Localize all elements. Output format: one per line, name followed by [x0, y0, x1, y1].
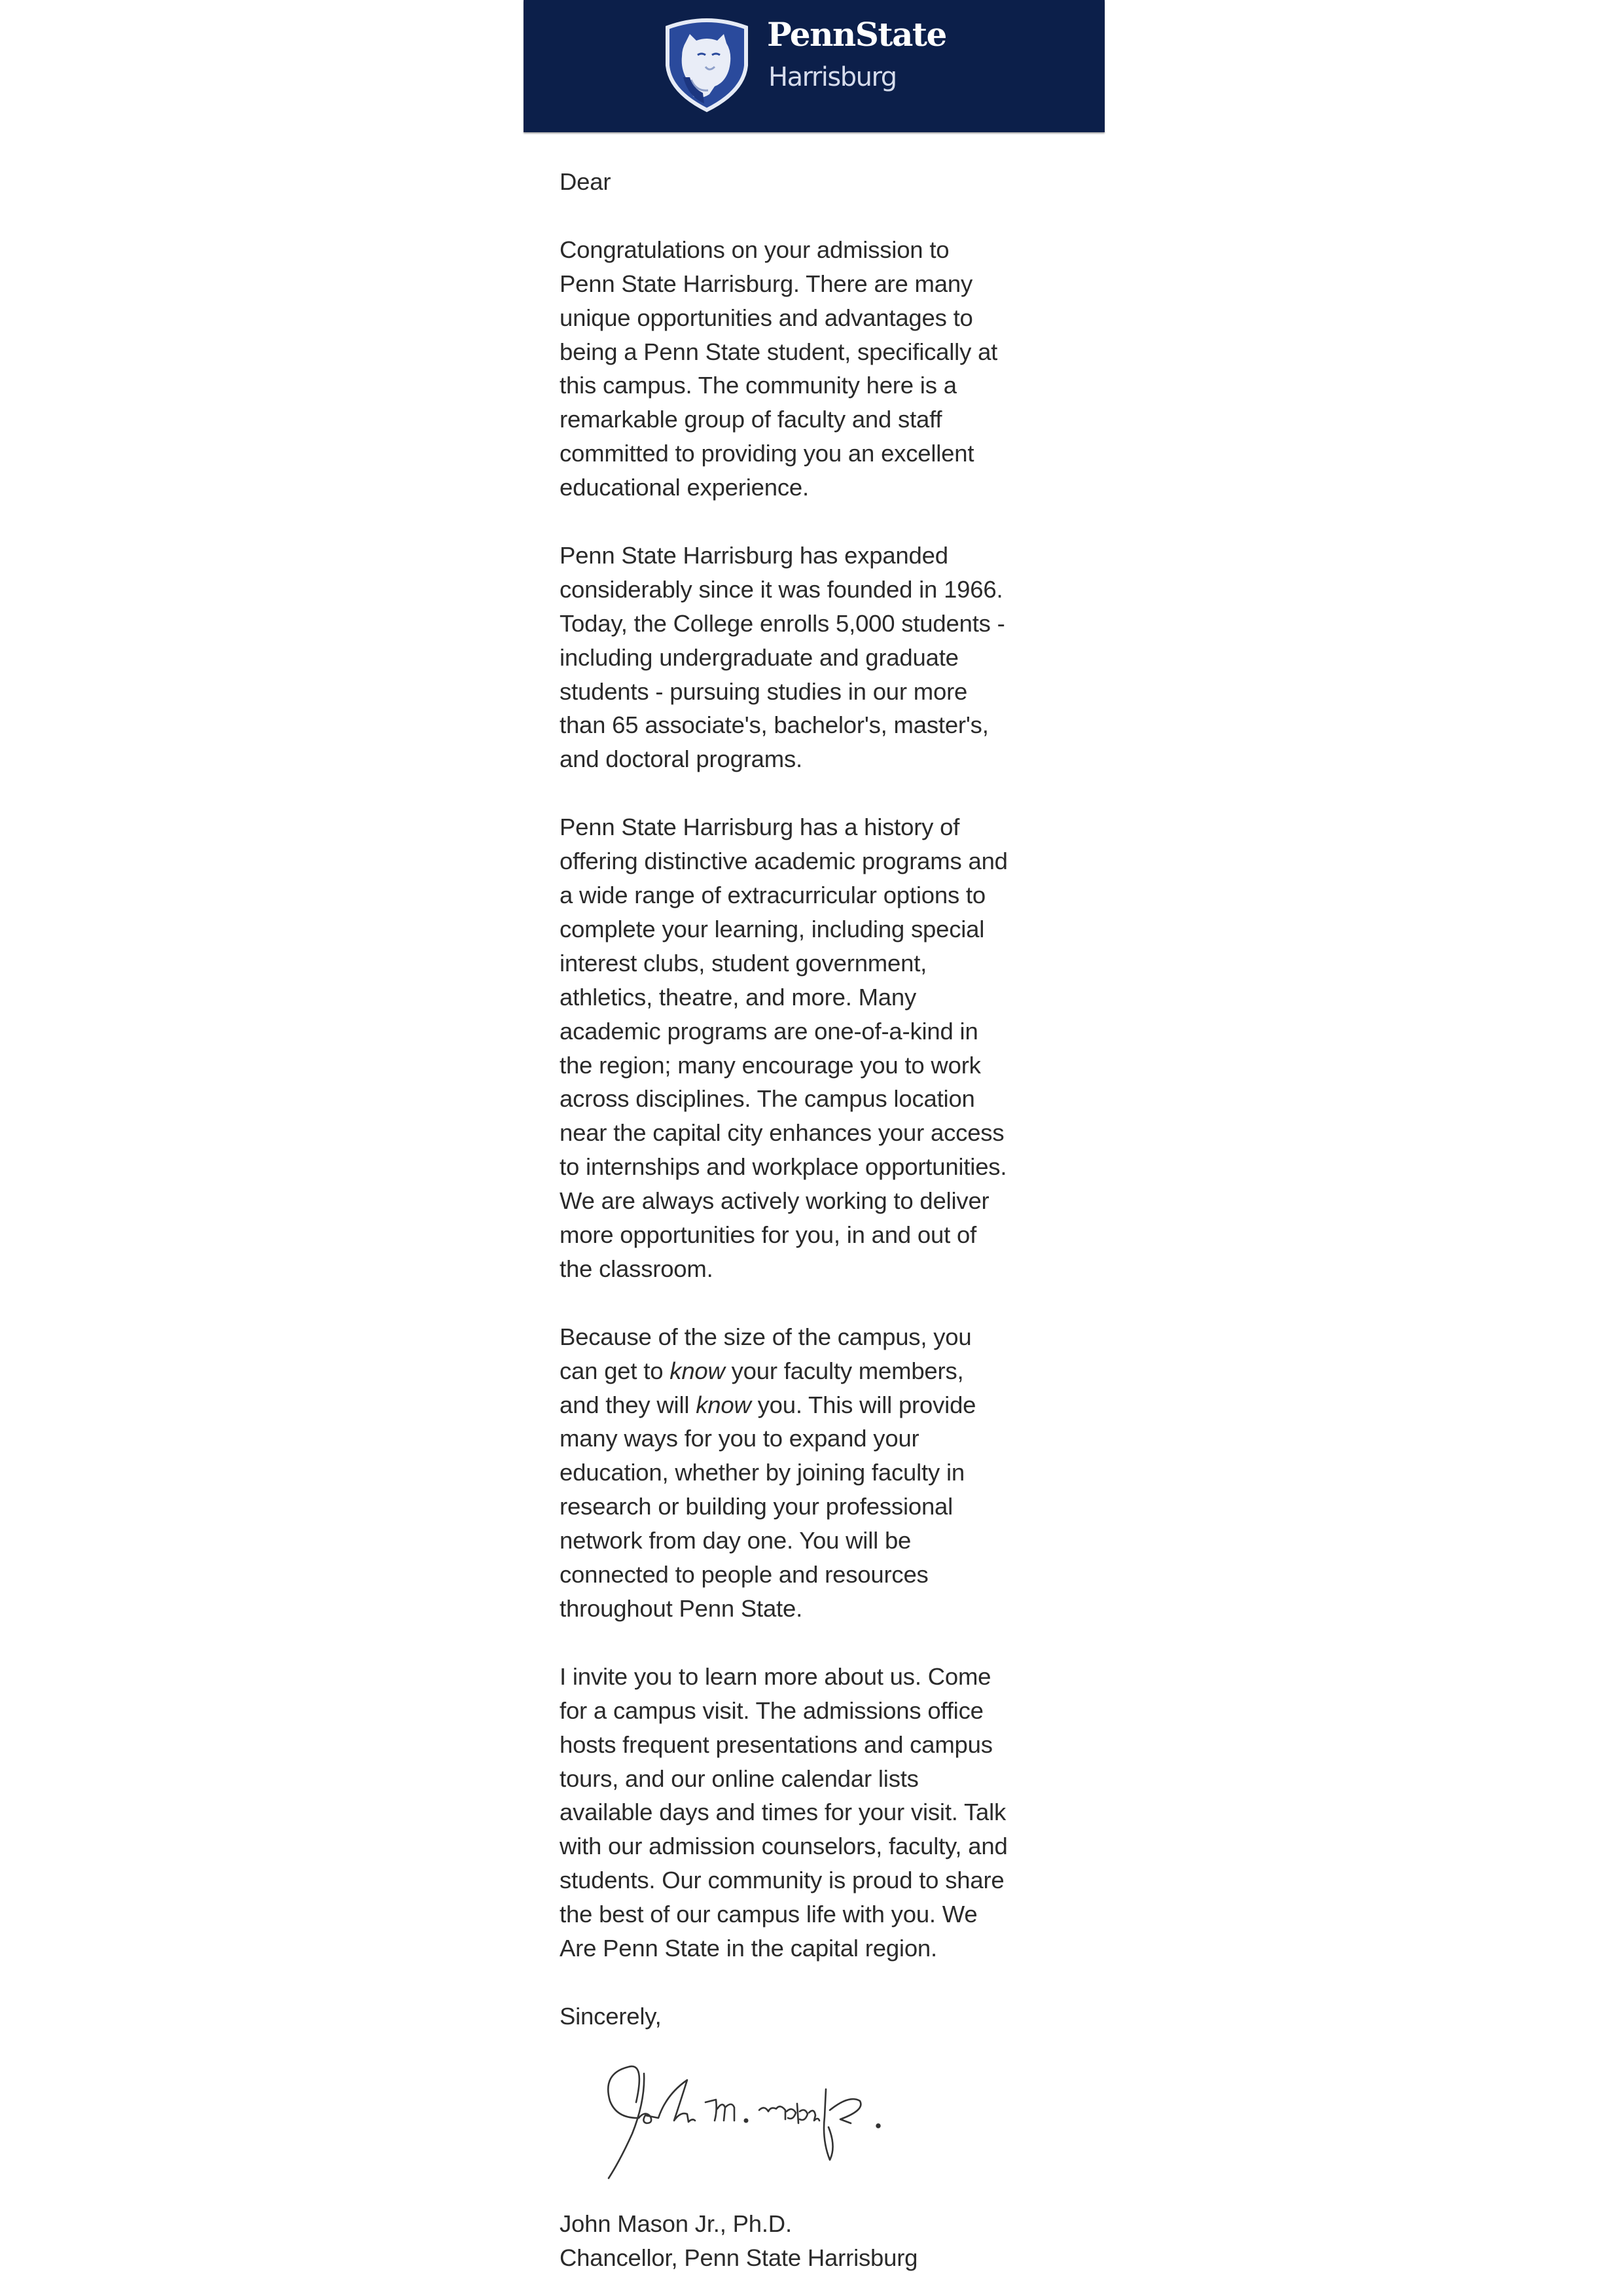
handwritten-signature-icon: [582, 2055, 897, 2186]
brand-wordmark: PennState: [767, 18, 946, 51]
signer-name: John Mason Jr., Ph.D.: [560, 2207, 918, 2241]
campus-name: Harrisburg: [768, 64, 897, 90]
header-banner: PennState Harrisburg: [524, 0, 1105, 132]
text-line: being a Penn State student, specifically…: [560, 335, 1083, 369]
text-line: and they will know you. This will provid…: [560, 1388, 1083, 1422]
text-line: education, whether by joining faculty in: [560, 1456, 1083, 1490]
text-line: hosts frequent presentations and campus: [560, 1728, 1083, 1762]
paragraph-invitation: I invite you to learn more about us. Com…: [560, 1660, 1083, 1965]
text-line: can get to know your faculty members,: [560, 1354, 1083, 1388]
text-line: to internships and workplace opportuniti…: [560, 1150, 1083, 1184]
text-line: Today, the College enrolls 5,000 student…: [560, 607, 1083, 641]
nittany-lion-shield-icon: [662, 14, 751, 113]
emphasis-know: know: [669, 1357, 724, 1384]
text-line: the region; many encourage you to work: [560, 1049, 1083, 1083]
text-line: research or building your professional: [560, 1490, 1083, 1524]
text-line: students - pursuing studies in our more: [560, 675, 1083, 709]
paragraph-programs: Penn State Harrisburg has a history of o…: [560, 810, 1083, 1286]
letter-body: Dear Congratulations on your admission t…: [560, 165, 1083, 2068]
text-line: unique opportunities and advantages to: [560, 301, 1083, 335]
text-line: for a campus visit. The admissions offic…: [560, 1694, 1083, 1728]
text-line: many ways for you to expand your: [560, 1422, 1083, 1456]
text-line: interest clubs, student government,: [560, 946, 1083, 980]
text-line: We are always actively working to delive…: [560, 1184, 1083, 1218]
text-line: Congratulations on your admission to: [560, 233, 1083, 267]
text-line: Are Penn State in the capital region.: [560, 1931, 1083, 1965]
text-line: a wide range of extracurricular options …: [560, 878, 1083, 912]
text-line: Penn State Harrisburg has a history of: [560, 810, 1083, 844]
paragraph-faculty: Because of the size of the campus, you c…: [560, 1320, 1083, 1626]
text-line: connected to people and resources: [560, 1558, 1083, 1592]
text-line: considerably since it was founded in 196…: [560, 573, 1083, 607]
text-line: Because of the size of the campus, you: [560, 1320, 1083, 1354]
text-line: across disciplines. The campus location: [560, 1082, 1083, 1116]
text-line: this campus. The community here is a: [560, 368, 1083, 403]
text-line: available days and times for your visit.…: [560, 1795, 1083, 1829]
text-line: near the capital city enhances your acce…: [560, 1116, 1083, 1150]
text-line: educational experience.: [560, 471, 1083, 505]
text-line: students. Our community is proud to shar…: [560, 1863, 1083, 1897]
signer-block: John Mason Jr., Ph.D. Chancellor, Penn S…: [560, 2207, 918, 2275]
text-line: the best of our campus life with you. We: [560, 1897, 1083, 1931]
text-line: than 65 associate's, bachelor's, master'…: [560, 708, 1083, 742]
text-line: and doctoral programs.: [560, 742, 1083, 776]
text-line: including undergraduate and graduate: [560, 641, 1083, 675]
text-line: offering distinctive academic programs a…: [560, 844, 1083, 878]
text-line: academic programs are one-of-a-kind in: [560, 1014, 1083, 1049]
text-line: athletics, theatre, and more. Many: [560, 980, 1083, 1014]
text-line: I invite you to learn more about us. Com…: [560, 1660, 1083, 1694]
text-line: tours, and our online calendar lists: [560, 1762, 1083, 1796]
text-line: remarkable group of faculty and staff: [560, 403, 1083, 437]
text-line: committed to providing you an excellent: [560, 437, 1083, 471]
text-line: Penn State Harrisburg has expanded: [560, 539, 1083, 573]
paragraph-congratulations: Congratulations on your admission to Pen…: [560, 233, 1083, 505]
emphasis-know: know: [696, 1391, 751, 1418]
closing: Sincerely,: [560, 2000, 1083, 2034]
text-line: throughout Penn State.: [560, 1592, 1083, 1626]
text-line: complete your learning, including specia…: [560, 912, 1083, 946]
text-line: with our admission counselors, faculty, …: [560, 1829, 1083, 1863]
paragraph-history: Penn State Harrisburg has expanded consi…: [560, 539, 1083, 776]
text-line: network from day one. You will be: [560, 1524, 1083, 1558]
text-line: Penn State Harrisburg. There are many: [560, 267, 1083, 301]
salutation: Dear: [560, 165, 1083, 199]
text-line: more opportunities for you, in and out o…: [560, 1218, 1083, 1252]
text-line: the classroom.: [560, 1252, 1083, 1286]
signer-title: Chancellor, Penn State Harrisburg: [560, 2241, 918, 2275]
